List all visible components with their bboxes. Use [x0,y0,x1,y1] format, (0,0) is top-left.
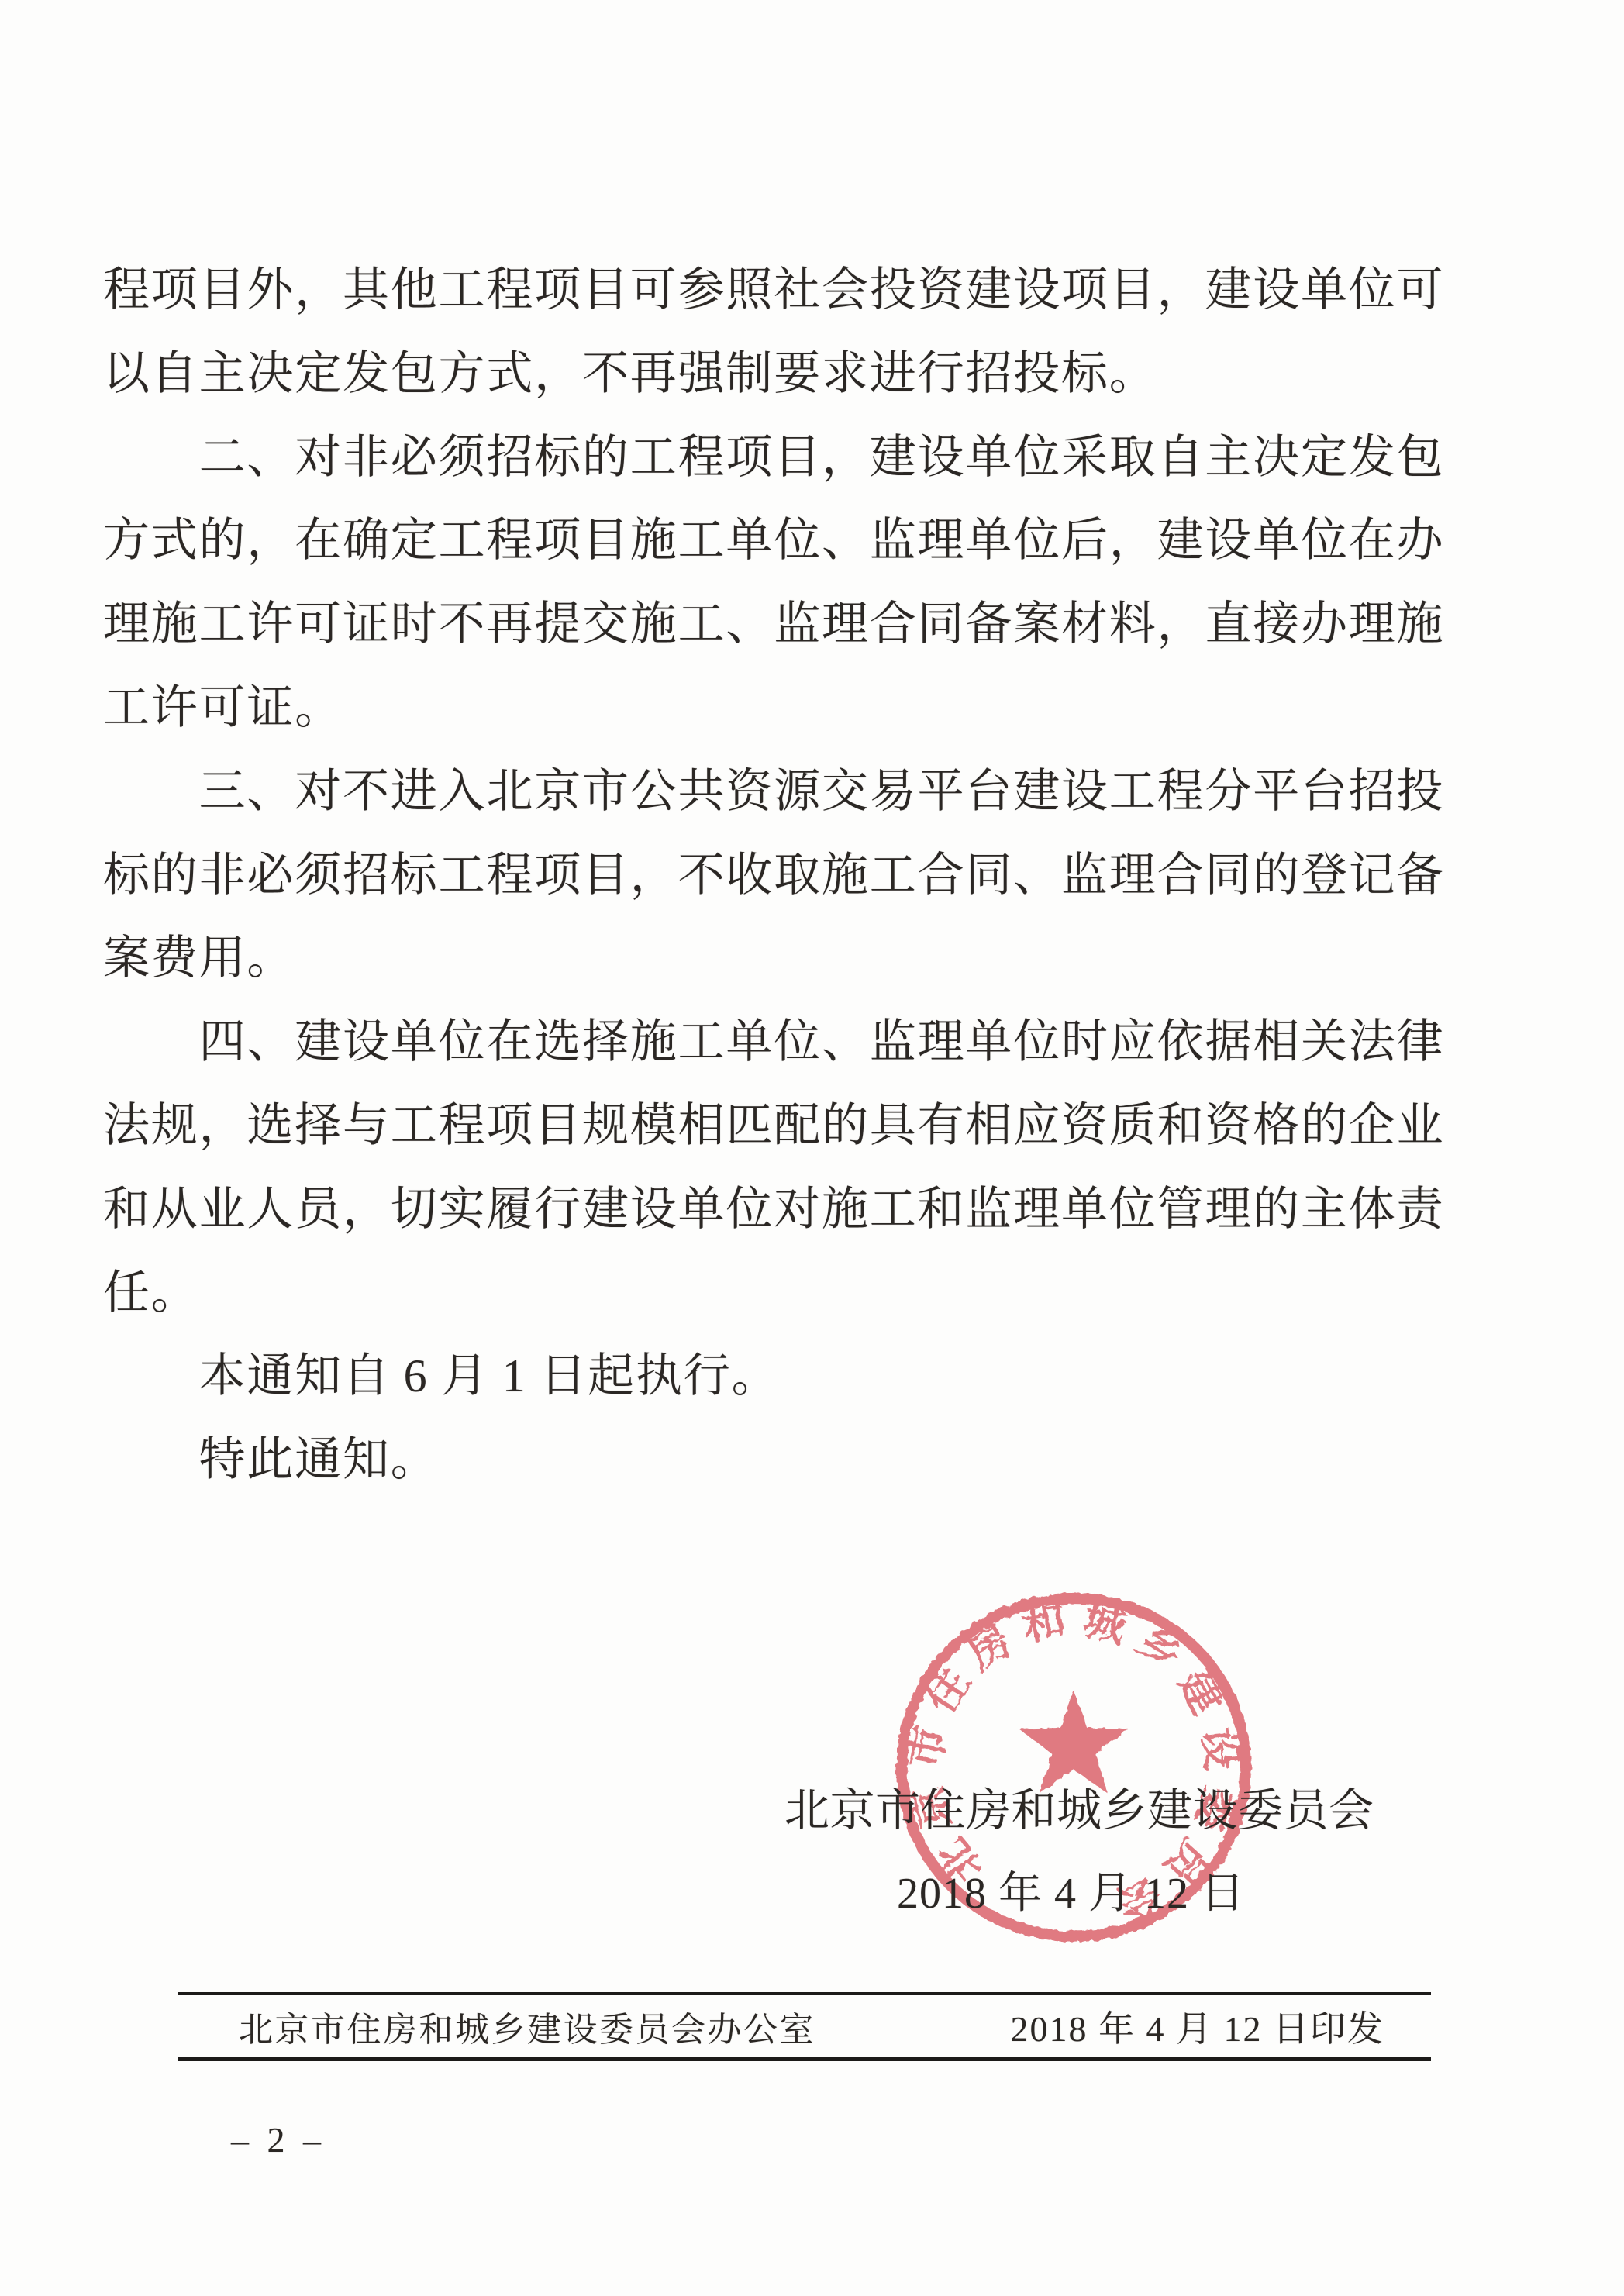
body-line: 特此通知。 [103,1419,1447,1502]
footer-office: 北京市住房和城乡建设委员会办公室 [239,2001,815,2051]
body-line: 法规，选择与工程项目规模相匹配的具有相应资质和资格的企业 [103,1084,1447,1168]
body-line: 案费用。 [103,917,1447,1001]
signature-issuer: 北京市住房和城乡建设委员会 [784,1774,1374,1839]
body-line: 理施工许可证时不再提交施工、监理合同备案材料，直接办理施 [103,583,1447,667]
body-line: 二、对非必须招标的工程项目，建设单位采取自主决定发包 [103,416,1447,500]
body-line: 三、对不进入北京市公共资源交易平台建设工程分平台招投 [103,750,1447,834]
body-line: 任。 [103,1252,1447,1336]
body-line: 本通知自 6 月 1 日起执行。 [103,1335,1447,1419]
body-line: 方式的，在确定工程项目施工单位、监理单位后，建设单位在办 [103,499,1447,583]
scanned-document-page: 程项目外，其他工程项目可参照社会投资建设项目，建设单位可以自主决定发包方式，不再… [0,0,1624,2296]
footer: 北京市住房和城乡建设委员会办公室 2018 年 4 月 12 日印发 [178,1992,1431,2061]
body-line: 四、建设单位在选择施工单位、监理单位时应依据相关法律 [103,1001,1447,1084]
body-text: 程项目外，其他工程项目可参照社会投资建设项目，建设单位可以自主决定发包方式，不再… [103,249,1447,1502]
footer-print-date: 2018 年 4 月 12 日印发 [1011,2001,1385,2052]
body-line: 以自主决定发包方式，不再强制要求进行招投标。 [103,333,1447,416]
body-line: 和从业人员，切实履行建设单位对施工和监理单位管理的主体责 [103,1168,1447,1252]
footer-rule-bottom [178,2057,1431,2061]
body-line: 标的非必须招标工程项目，不收取施工合同、监理合同的登记备 [103,834,1447,918]
page-number: – 2 – [231,2119,326,2160]
signature-date: 2018 年 4 月 12 日 [897,1859,1245,1921]
body-line: 工许可证。 [103,667,1447,750]
body-line: 程项目外，其他工程项目可参照社会投资建设项目，建设单位可 [103,249,1447,333]
